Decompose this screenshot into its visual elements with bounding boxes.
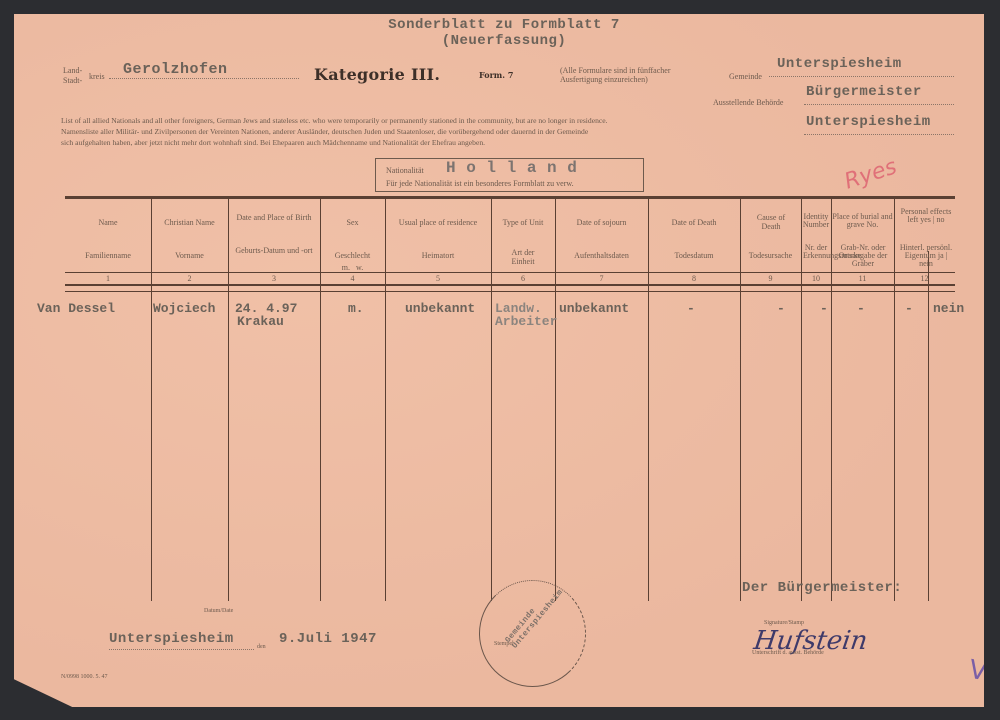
instructions: (Alle Formulare sind in fünffacher Ausfe…	[560, 66, 670, 84]
den-label: den	[257, 644, 266, 650]
col-number: 12	[894, 274, 955, 283]
nationality-value: H o l l a n d	[446, 159, 577, 177]
col-header-identity-en: Identity Number	[801, 213, 831, 229]
col-header-birth-en: Date and Place of Birth	[235, 213, 313, 222]
cell-residence: unbekannt	[405, 302, 475, 316]
col-header-effects-de: Hinterl. persönl. Eigentum ja | nein	[897, 244, 955, 268]
col-header-sex-en: Sex	[320, 218, 385, 227]
header-rule	[65, 272, 955, 273]
document-page: Sonderblatt zu Formblatt 7 (Neuerfassung…	[14, 14, 984, 707]
col-header-death-date-de: Todesdatum	[648, 251, 740, 260]
place-field: Unterspiesheim	[109, 629, 254, 650]
behoerde-place-value: Unterspiesheim	[806, 114, 931, 130]
instructions-line-2: Ausfertigung einzureichen)	[560, 75, 670, 84]
col-header-name-en: Name	[65, 218, 151, 227]
col-header-name-de: Familienname	[65, 251, 151, 260]
nationality-note: Für jede Nationalität ist ein besonderes…	[386, 179, 574, 188]
instructions-line-1: (Alle Formulare sind in fünffacher	[560, 66, 670, 75]
red-handwritten-annotation: Ryes	[841, 154, 899, 194]
col-number: 6	[491, 274, 555, 283]
col-number: 5	[385, 274, 491, 283]
col-header-burial-en: Place of burial and grave No.	[831, 213, 894, 229]
persons-table: Name Familienname Christian Name Vorname…	[65, 196, 955, 601]
gemeinde-value: Unterspiesheim	[777, 56, 902, 72]
col-header-sojourn-en: Date of sojourn	[555, 218, 648, 227]
form-description: List of all allied Nationals and all oth…	[61, 115, 821, 148]
cell-christian-name: Wojciech	[153, 302, 215, 316]
col-number: 8	[648, 274, 740, 283]
footer-date: 9.Juli 1947	[279, 631, 377, 647]
col-header-residence-en: Usual place of residence	[385, 218, 491, 227]
col-header-unit-en: Type of Unit	[491, 218, 555, 227]
title-line-1: Sonderblatt zu Formblatt 7	[374, 17, 634, 33]
col-header-sex-de: Geschlecht	[320, 251, 385, 260]
form-number: Form. 7	[479, 70, 513, 80]
data-top-rule	[65, 291, 955, 292]
col-header-birth-de: Geburts-Datum und -ort	[233, 246, 315, 255]
description-german-2: sich aufgehalten haben, aber jetzt nicht…	[61, 137, 821, 148]
cell-identity-no: -	[820, 302, 828, 316]
land-label: Land-	[63, 66, 82, 76]
col-divider	[801, 199, 802, 601]
cell-effects-no: nein	[933, 302, 964, 316]
kreis-field: Gerolzhofen	[109, 60, 299, 79]
col-number: 11	[831, 274, 894, 283]
col-header-effects-en: Personal effects left yes | no	[897, 208, 955, 224]
col-header-burial-de: Grab-Nr. oder Ortsangabe der Gräber	[838, 244, 888, 268]
behoerde-label: Ausstellende Behörde	[713, 98, 783, 107]
gemeinde-field: Unterspiesheim	[769, 54, 954, 77]
cell-unit-line-2: Arbeiter	[495, 315, 557, 329]
col-header-residence-de: Heimatort	[385, 251, 491, 260]
col-header-sojourn-de: Aufenthaltsdaten	[555, 251, 648, 260]
col-divider	[491, 199, 492, 601]
col-header-death-cause-de: Todesursache	[740, 251, 801, 260]
col-header-christian-name-en: Christian Name	[151, 218, 228, 227]
authority-label: Unterschrift d. ausst. Behörde	[752, 650, 824, 656]
nationality-box: Nationalität H o l l a n d Für jede Nati…	[375, 158, 644, 192]
col-number: 7	[555, 274, 648, 283]
print-code: N/0998 1000. 5. 47	[61, 674, 108, 680]
cell-death-date: -	[687, 302, 695, 316]
kreis-value: Gerolzhofen	[123, 61, 228, 78]
col-divider-yes-no	[928, 251, 929, 601]
col-divider	[894, 199, 895, 601]
col-header-death-date-en: Date of Death	[648, 218, 740, 227]
kreis-label: kreis	[89, 72, 105, 81]
official-stamp: Gemeinde Unterspiesheim Stempel	[479, 580, 586, 687]
col-number: 2	[151, 274, 228, 283]
col-header-unit-de: Art der Einheit	[501, 248, 545, 266]
cell-effects-yes: -	[905, 302, 913, 316]
title-line-2: (Neuerfassung)	[374, 33, 634, 49]
col-header-death-cause-en: Cause of Death	[750, 213, 792, 231]
col-number: 3	[228, 274, 320, 283]
col-number: 9	[740, 274, 801, 283]
nationality-label: Nationalität	[386, 166, 424, 175]
col-header-sex-sub: m. w.	[320, 263, 385, 272]
footer-place: Unterspiesheim	[109, 631, 234, 647]
cell-sojourn: unbekannt	[559, 302, 629, 316]
cell-sex: m.	[348, 302, 364, 316]
document-title: Sonderblatt zu Formblatt 7 (Neuerfassung…	[374, 17, 634, 49]
behoerde-value: Bürgermeister	[806, 84, 922, 100]
table-top-rule	[65, 196, 955, 199]
cell-name: Van Dessel	[37, 302, 115, 316]
col-divider	[228, 199, 229, 601]
cell-burial: -	[857, 302, 865, 316]
cell-death-cause: -	[777, 302, 785, 316]
gemeinde-label: Gemeinde	[729, 72, 762, 81]
col-header-identity-de: Nr. der Erkennungsmarke	[803, 244, 829, 260]
cell-birth-place: Krakau	[237, 315, 284, 329]
description-german-1: Namensliste aller Militär- und Zivilpers…	[61, 126, 821, 137]
description-english: List of all allied Nationals and all oth…	[61, 115, 821, 126]
mayor-label: Der Bürgermeister:	[742, 580, 902, 596]
corner-check-mark: V	[967, 655, 990, 688]
behoerde-place-field: Unterspiesheim	[804, 112, 954, 135]
number-row-rule	[65, 284, 955, 286]
stadt-label: Stadt-	[63, 76, 82, 86]
col-number: 1	[65, 274, 151, 283]
col-number: 4	[320, 274, 385, 283]
date-label: Datum/Date	[204, 608, 233, 614]
category-title: Kategorie III.	[314, 65, 440, 84]
col-number: 10	[801, 274, 831, 283]
behoerde-field: Bürgermeister	[804, 82, 954, 105]
land-stadt-label: Land- Stadt-	[63, 66, 82, 86]
col-header-christian-name-de: Vorname	[151, 251, 228, 260]
stamp-label: Stempel	[494, 641, 514, 647]
